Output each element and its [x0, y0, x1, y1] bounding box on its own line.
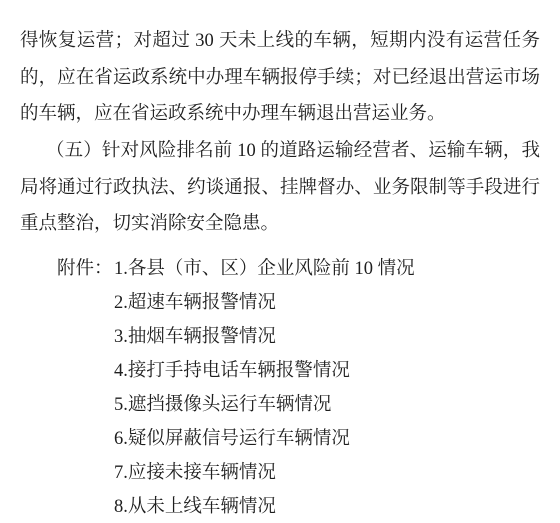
- text-line: 重点整治，切实消除安全隐患。: [20, 206, 540, 243]
- attachment-item: 5.遮挡摄像头运行车辆情况: [114, 388, 540, 422]
- text-line: 得恢复运营；对超过 30 天未上线的车辆，短期内没有运营任务: [20, 23, 540, 60]
- attachment-item: 3.抽烟车辆报警情况: [114, 320, 540, 354]
- text-line: 的车辆，应在省运政系统中办理车辆退出营运业务。: [20, 96, 540, 133]
- attachment-item: 2.超速车辆报警情况: [114, 286, 540, 320]
- attachment-item: 4.接打手持电话车辆报警情况: [114, 354, 540, 388]
- attachment-item: 6.疑似屏蔽信号运行车辆情况: [114, 422, 540, 456]
- attachment-section: 附件： 1.各县（市、区）企业风险前 10 情况 2.超速车辆报警情况 3.抽烟…: [57, 252, 540, 523]
- attachment-item: 7.应接未接车辆情况: [114, 456, 540, 490]
- text-line: （五）针对风险排名前 10 的道路运输经营者、运输车辆，我: [20, 133, 540, 170]
- paragraph-item-five: （五）针对风险排名前 10 的道路运输经营者、运输车辆，我 局将通过行政执法、约…: [20, 133, 540, 243]
- attachment-item: 8.从未上线车辆情况: [114, 490, 540, 523]
- document-page: 得恢复运营；对超过 30 天未上线的车辆，短期内没有运营任务 的，应在省运政系统…: [0, 0, 560, 523]
- text-line: 的，应在省运政系统中办理车辆报停手续；对已经退出营运市场: [20, 60, 540, 97]
- text-line: 局将通过行政执法、约谈通报、挂牌督办、业务限制等手段进行: [20, 170, 540, 207]
- attachment-list: 1.各县（市、区）企业风险前 10 情况 2.超速车辆报警情况 3.抽烟车辆报警…: [114, 252, 540, 523]
- paragraph-resume-operation: 得恢复运营；对超过 30 天未上线的车辆，短期内没有运营任务 的，应在省运政系统…: [20, 23, 540, 133]
- attachment-item: 1.各县（市、区）企业风险前 10 情况: [114, 252, 540, 286]
- attachment-label: 附件：: [57, 252, 114, 523]
